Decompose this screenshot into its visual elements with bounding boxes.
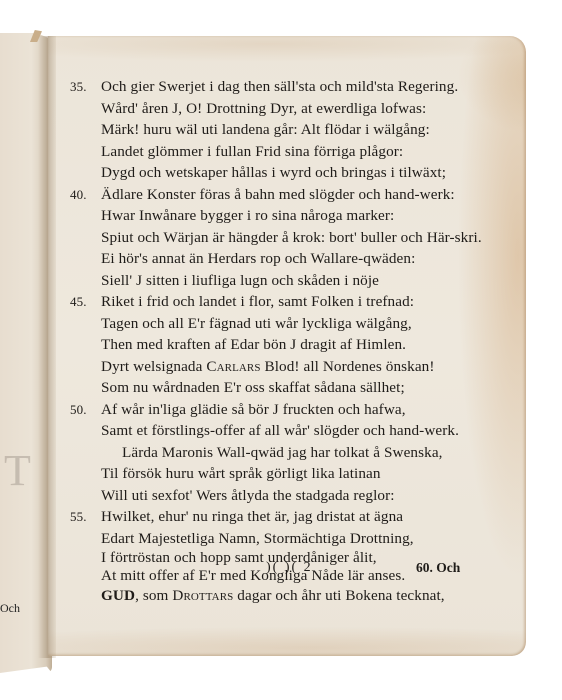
line-number: 40. [70, 184, 98, 206]
line-text: Then med kraften af Edar bön J dragit af… [101, 334, 406, 356]
verse-line: Ei hör's annat än Herdars rop och Wallar… [70, 248, 510, 270]
verse-line: Spiut och Wärjan är hängder å krok: bort… [70, 227, 510, 249]
verse-line: Edart Majestetliga Namn, Stormächtiga Dr… [70, 528, 510, 550]
verse-line: Tagen och all E'r fägnad uti wår lycklig… [70, 313, 510, 335]
verse-line: Siell' J sitten i liufliga lugn och skåd… [70, 270, 510, 292]
book-photo: T Och 35. Och gier Swerjet i dag then sä… [0, 0, 562, 700]
verse-line: Dyrt welsignada Carlars Blod! all Norden… [70, 356, 510, 378]
left-page-bleed-mark: T [4, 445, 31, 496]
line-number: 50. [70, 399, 98, 421]
signature-mark: )( )( 2 [266, 560, 313, 576]
line-text: Dygd och wetskaper hållas i wyrd och bri… [101, 162, 446, 184]
verse-line: 45. Riket i frid och landet i flor, samt… [70, 291, 510, 313]
line-text: Landet glömmer i fullan Frid sina förrig… [101, 141, 403, 163]
line-text: Hwilket, ehur' nu ringa thet är, jag dri… [101, 506, 403, 528]
verse-line: Lärda Maronis Wall-qwäd jag har tolkat å… [70, 442, 510, 464]
word-gud: GUD [101, 587, 135, 604]
verse-line: Til försök huru wårt språk görligt lika … [70, 463, 510, 485]
line-text: Och gier Swerjet i dag then säll'sta och… [101, 76, 458, 98]
line-text-part: dagar och åhr uti Bokena tecknat, [233, 587, 444, 604]
line-text-part: Blod! all Nordenes önskan! [261, 358, 435, 375]
name-carlars: Carlars [206, 358, 260, 375]
verse-line: Then med kraften af Edar bön J dragit af… [70, 334, 510, 356]
line-text: Tagen och all E'r fägnad uti wår lycklig… [101, 313, 412, 335]
left-page-catchword: Och [0, 601, 20, 616]
verse-line: Landet glömmer i fullan Frid sina förrig… [70, 141, 510, 163]
verse-line: Hwar Inwånare bygger i ro sina nåroga ma… [70, 205, 510, 227]
verse-line: GUD, som Drottars dagar och åhr uti Boke… [70, 585, 510, 607]
verse-line: Will uti sexfot' Wers åtlyda the stadgad… [70, 485, 510, 507]
verse-line: 35. Och gier Swerjet i dag then säll'sta… [70, 76, 510, 98]
line-text: Samt et förstlings-offer af all wår' slö… [101, 420, 459, 442]
line-text: Dyrt welsignada Carlars Blod! all Norden… [101, 356, 435, 378]
line-text: Af wår in'liga glädie så bör J fruckten … [101, 399, 406, 421]
verse-line: 40. Ädlare Konster föras å bahn med slög… [70, 184, 510, 206]
catchword: 60. Och [416, 560, 460, 576]
line-text: Riket i frid och landet i flor, samt Fol… [101, 291, 414, 313]
verse-line: 50. Af wår in'liga glädie så bör J fruck… [70, 399, 510, 421]
verse-line: Som nu wårdnaden E'r oss skaffat sådana … [70, 377, 510, 399]
verse-line: Dygd och wetskaper hållas i wyrd och bri… [70, 162, 510, 184]
line-text: Lärda Maronis Wall-qwäd jag har tolkat å… [122, 442, 443, 464]
line-text-part: Dyrt welsignada [101, 358, 206, 375]
line-text: Edart Majestetliga Namn, Stormächtiga Dr… [101, 528, 414, 550]
line-text: Ei hör's annat än Herdars rop och Wallar… [101, 248, 415, 270]
verse-line: Samt et förstlings-offer af all wår' slö… [70, 420, 510, 442]
name-drottars: Drottars [172, 587, 233, 604]
verse-line: Wård' åren J, O! Drottning Dyr, at ewerd… [70, 98, 510, 120]
line-text: Wård' åren J, O! Drottning Dyr, at ewerd… [101, 98, 426, 120]
line-text: GUD, som Drottars dagar och åhr uti Boke… [101, 585, 445, 607]
line-number: 55. [70, 506, 98, 528]
line-text: Märk! huru wäl uti landena går: Alt flöd… [101, 119, 430, 141]
line-text-part: , som [135, 587, 172, 604]
verse-text: 35. Och gier Swerjet i dag then säll'sta… [70, 76, 510, 607]
line-text: Hwar Inwånare bygger i ro sina nåroga ma… [101, 205, 394, 227]
line-text: Som nu wårdnaden E'r oss skaffat sådana … [101, 377, 405, 399]
line-text: Ädlare Konster föras å bahn med slögder … [101, 184, 455, 206]
line-text: Will uti sexfot' Wers åtlyda the stadgad… [101, 485, 395, 507]
line-text: Til försök huru wårt språk görligt lika … [101, 463, 381, 485]
verse-line: Märk! huru wäl uti landena går: Alt flöd… [70, 119, 510, 141]
line-text: Siell' J sitten i liufliga lugn och skåd… [101, 270, 379, 292]
line-number: 45. [70, 291, 98, 313]
line-text: Spiut och Wärjan är hängder å krok: bort… [101, 227, 482, 249]
line-number: 35. [70, 76, 98, 98]
verse-line: 55. Hwilket, ehur' nu ringa thet är, jag… [70, 506, 510, 528]
page-footer: )( )( 2 60. Och [48, 560, 526, 580]
